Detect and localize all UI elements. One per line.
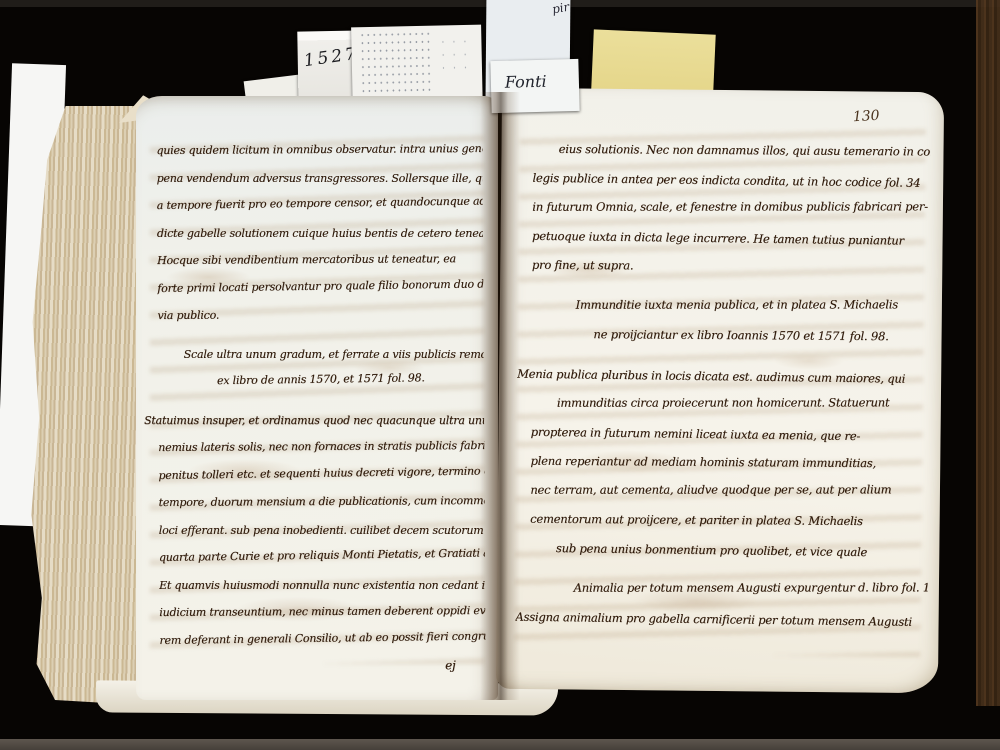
- manuscript-line: ex libro de annis 1570, et 1571 fol. 98.: [158, 363, 484, 395]
- manuscript-line: Statuimus insuper, et ordinamus quod nec…: [144, 407, 484, 435]
- right-page: 130 eius solutionis. Nec non damnamus il…: [496, 88, 944, 694]
- paper-tab-fonti: Fonti: [490, 59, 579, 113]
- manuscript-line: sub pena unius bonmentium pro quolibet, …: [530, 534, 928, 568]
- manuscript-line: pro fine, ut supra.: [532, 251, 930, 283]
- paper-tab-fonti-label: Fonti: [505, 72, 547, 92]
- manuscript-line: a tempore fuerit pro eo tempore censor, …: [157, 187, 483, 219]
- manuscript-line: via publico.: [157, 300, 483, 329]
- manuscript-line: in futurum Omnia, scale, et fenestre in …: [532, 192, 930, 221]
- manuscript-line: Et quamvis huiusmodi nonnulla nunc exist…: [159, 571, 485, 599]
- left-page-text: quies quidem licitum in omnibus observat…: [156, 135, 485, 681]
- manuscript-line: Assigna animalium pro gabella carnificer…: [515, 603, 927, 637]
- left-page: quies quidem licitum in omnibus observat…: [136, 96, 498, 700]
- manuscript-line: iudicium transeuntium, nec minus tamen d…: [159, 597, 485, 626]
- manuscript-line: nemius lateris solis, nec non fornaces i…: [158, 432, 484, 461]
- manuscript-line: immunditias circa proiecerunt non homice…: [531, 388, 929, 417]
- manuscript-line: nec terram, aut cementa, aliudve quodque…: [530, 475, 928, 504]
- manuscript-line: ne proijciantur ex libro Ioannis 1570 et…: [531, 320, 929, 352]
- right-page-text: eius solutionis. Nec non damnamus illos,…: [529, 135, 930, 635]
- manuscript-line: rem deferant in generali Consilio, ut ab…: [159, 622, 485, 654]
- manuscript-line: Immunditie iuxta menia publica, et in pl…: [532, 290, 930, 319]
- photocopy-speckle-texture-2: [437, 35, 472, 76]
- manuscript-line: Animalia per totum mensem Augusti expurg…: [530, 573, 928, 602]
- page-number: 130: [853, 108, 881, 126]
- manuscript-line: petuoque iuxta in dicta lege incurrere. …: [532, 222, 930, 256]
- manuscript-line: cementorum aut proijcere, et pariter in …: [530, 505, 928, 537]
- wood-table-edge: [976, 0, 1000, 706]
- manuscript-line: propterea in futurum nemini liceat iuxta…: [531, 418, 929, 452]
- manuscript-line: Hocque sibi vendibentium mercatoribus ut…: [157, 245, 483, 274]
- catchword: ej: [159, 652, 485, 681]
- manuscript-line: quarta parte Curie et pro reliquis Monti…: [159, 539, 485, 571]
- manuscript-line: quies quidem licitum in omnibus observat…: [156, 135, 482, 164]
- manuscript-line: penitus tolleri etc. et sequenti huius d…: [158, 457, 484, 489]
- manuscript-photo: lai 1527 pir Fonti quies quidem licitum …: [0, 0, 1000, 750]
- manuscript-line: dicte gabelle solutionem cuique huius be…: [157, 219, 483, 247]
- manuscript-line: tempore, duorum mensium a die publicatio…: [158, 487, 484, 516]
- manuscript-line: forte primi locati persolvantur pro qual…: [157, 270, 483, 302]
- backdrop-bottom-strip: [0, 739, 1000, 750]
- manuscript-line: plena reperiantur ad mediam hominis stat…: [530, 447, 928, 479]
- manuscript-line: eius solutionis. Nec non damnamus illos,…: [533, 135, 931, 167]
